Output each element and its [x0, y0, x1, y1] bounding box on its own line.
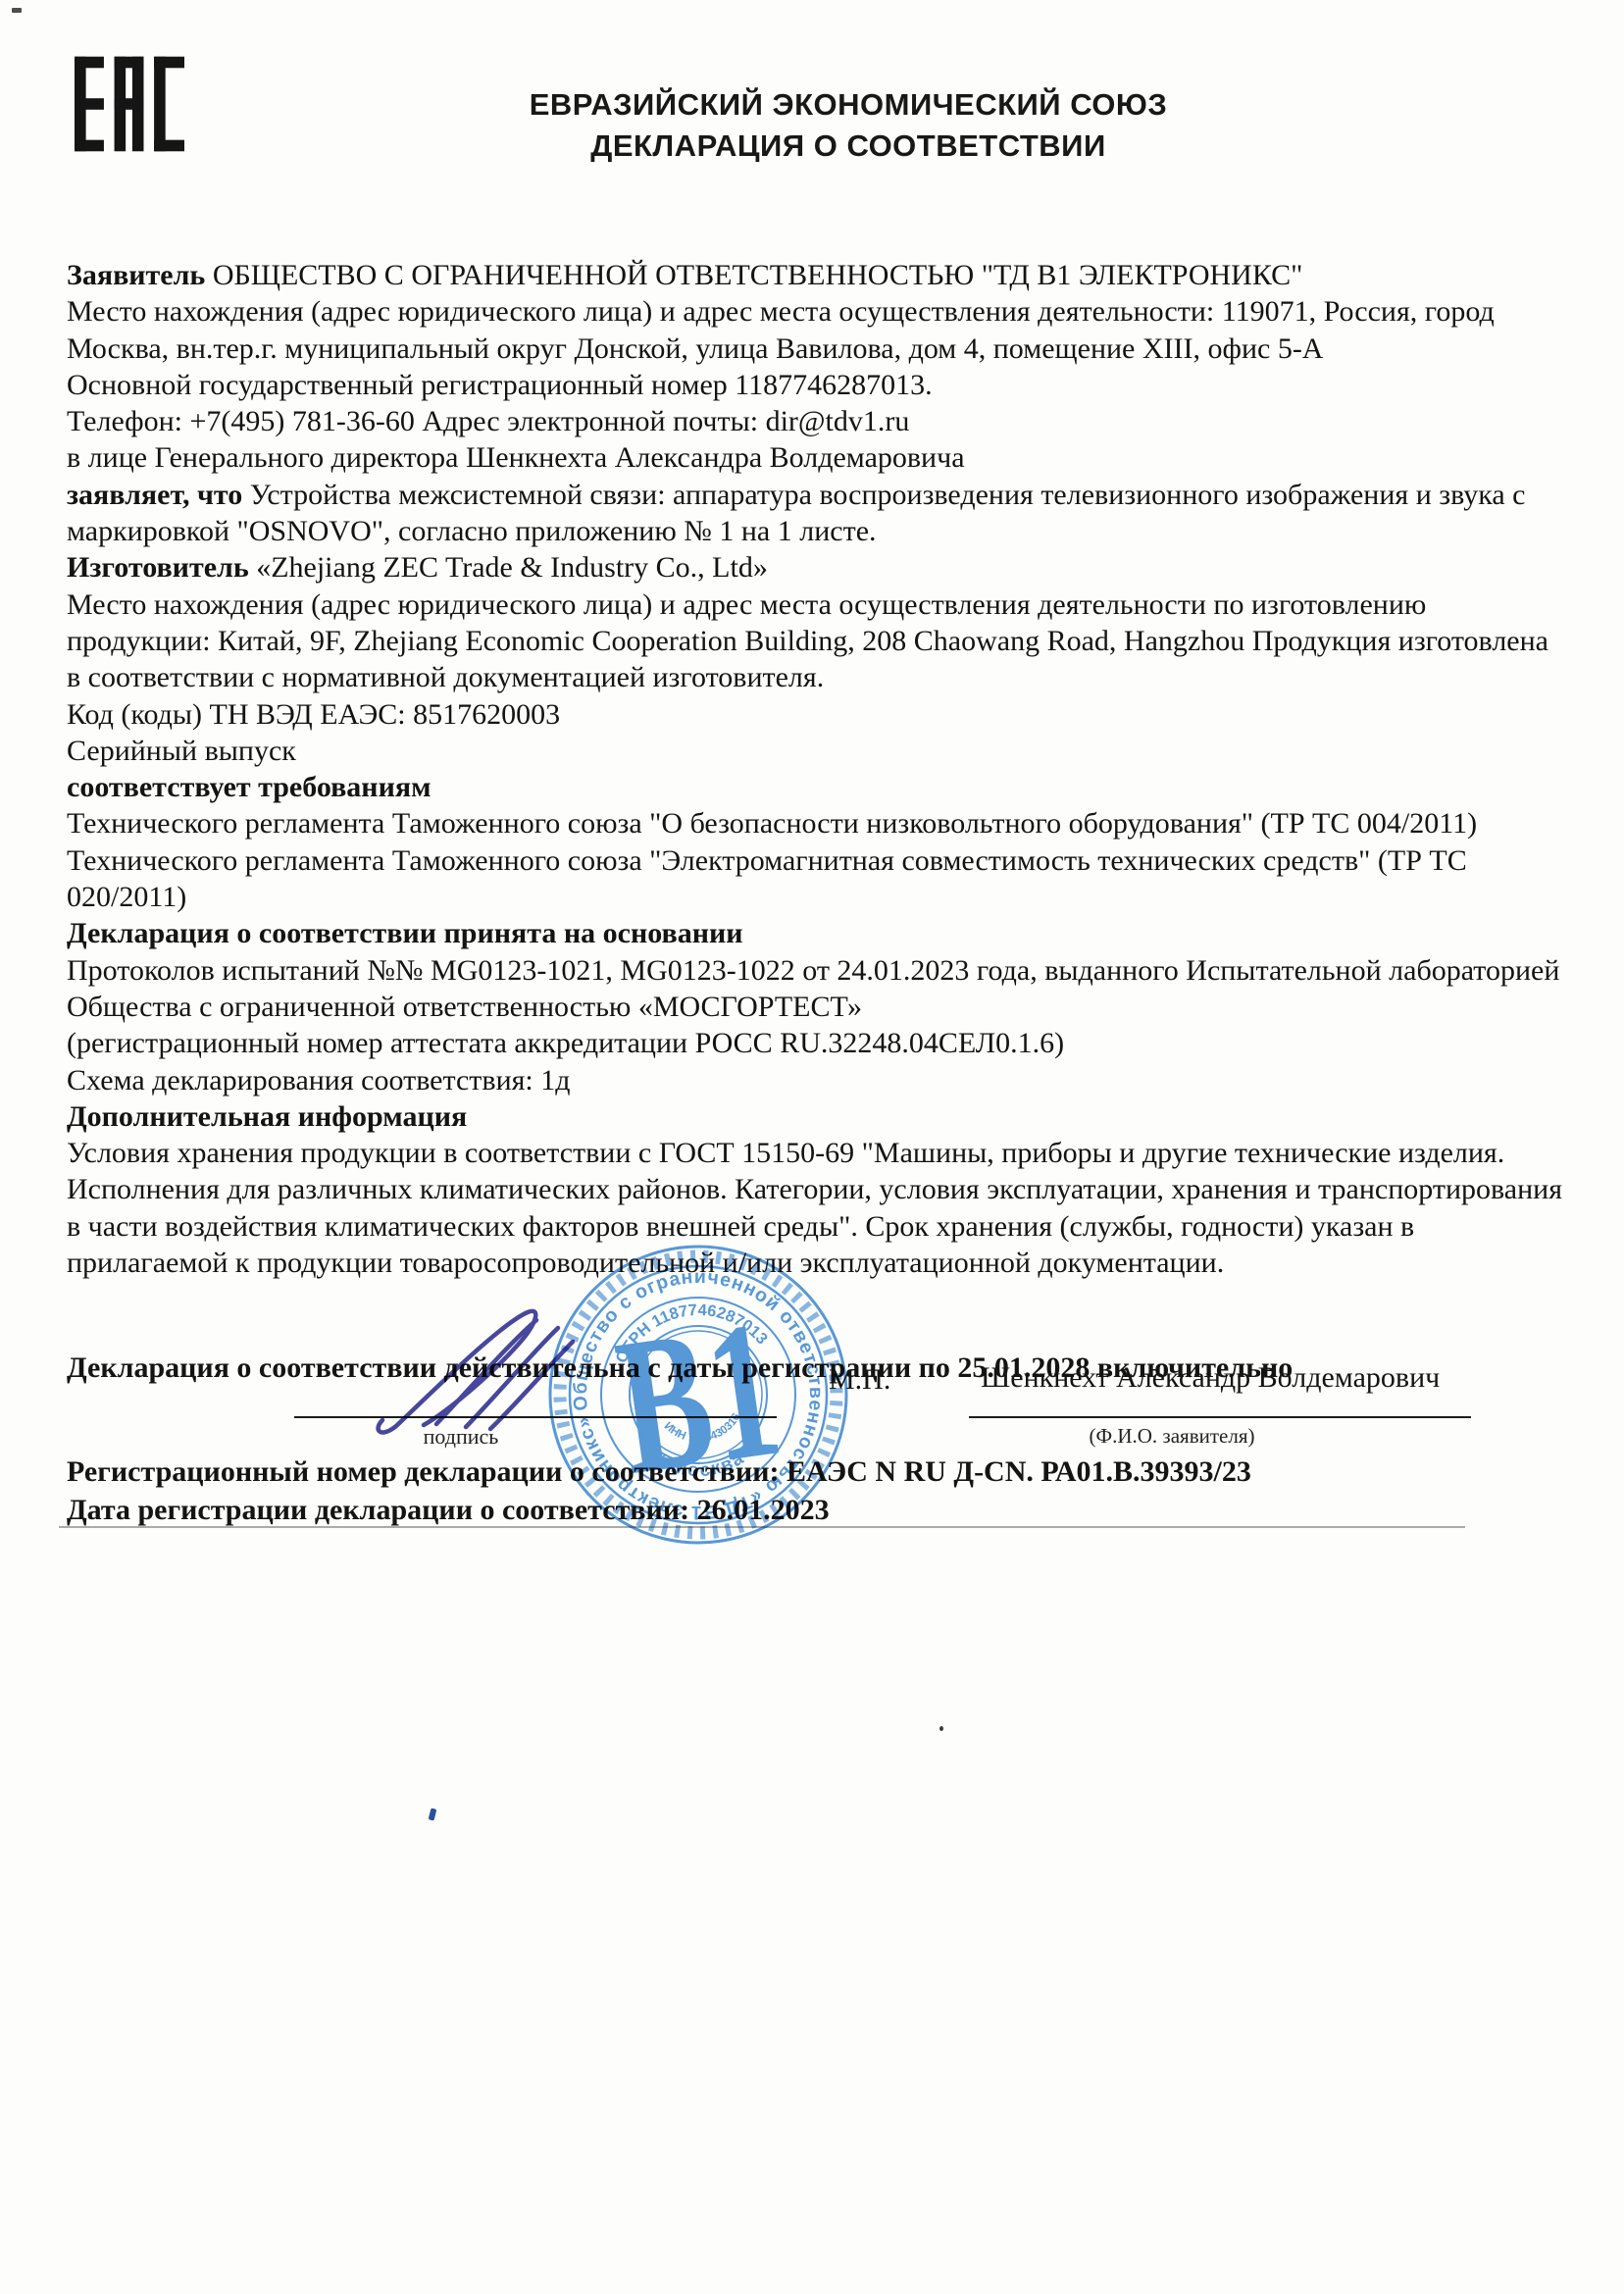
title-line-1: ЕВРАЗИЙСКИЙ ЭКОНОМИЧЕСКИЙ СОЮЗ	[392, 84, 1304, 126]
paragraph: Место нахождения (адрес юридического лиц…	[67, 586, 1563, 696]
document-body: Заявитель ОБЩЕСТВО С ОГРАНИЧЕННОЙ ОТВЕТС…	[67, 257, 1563, 1281]
signatory-name: Шенкнехт Александр Волдемарович	[981, 1361, 1440, 1395]
paragraph: Технического регламента Таможенного союз…	[67, 805, 1563, 841]
name-caption: (Ф.И.О. заявителя)	[1010, 1424, 1334, 1449]
paragraph-bold-lead: заявляет, что	[67, 479, 242, 511]
paragraph: Заявитель ОБЩЕСТВО С ОГРАНИЧЕННОЙ ОТВЕТС…	[67, 257, 1563, 293]
ink-speck	[429, 1808, 437, 1820]
paragraph: (регистрационный номер аттестата аккреди…	[67, 1025, 1563, 1061]
paragraph-bold-lead: Декларация о соответствии принята на осн…	[67, 917, 743, 949]
paragraph: Декларация о соответствии принята на осн…	[67, 915, 1563, 951]
paragraph-bold-lead: Заявитель	[67, 259, 205, 291]
paragraph: Схема декларирования соответствия: 1д	[67, 1062, 1563, 1098]
paragraph: Дополнительная информация	[67, 1098, 1563, 1135]
paragraph: Код (коды) ТН ВЭД ЕАЭС: 8517620003	[67, 696, 1563, 733]
ink-speck	[939, 1726, 943, 1731]
paragraph: Место нахождения (адрес юридического лиц…	[67, 293, 1563, 367]
ink-speck	[12, 8, 22, 13]
paragraph: Изготовитель «Zhejiang ZEC Trade & Indus…	[67, 549, 1563, 586]
paragraph-bold-lead: соответствует требованиям	[67, 771, 431, 803]
title-line-2: ДЕКЛАРАЦИЯ О СООТВЕТСТВИИ	[392, 126, 1304, 167]
paragraph: заявляет, что Устройства межсистемной св…	[67, 477, 1563, 550]
declaration-page: ЕВРАЗИЙСКИЙ ЭКОНОМИЧЕСКИЙ СОЮЗ ДЕКЛАРАЦИ…	[0, 0, 1624, 2294]
company-stamp: Общество с ограниченной ответственностью…	[521, 1217, 875, 1571]
paragraph: Серийный выпуск	[67, 733, 1563, 769]
paragraph: Протоколов испытаний №№ MG0123-1021, MG0…	[67, 952, 1563, 1026]
paragraph: соответствует требованиям	[67, 769, 1563, 805]
paragraph: Телефон: +7(495) 781-36-60 Адрес электро…	[67, 403, 1563, 439]
paragraph: в лице Генерального директора Шенкнехта …	[67, 439, 1563, 476]
document-title: ЕВРАЗИЙСКИЙ ЭКОНОМИЧЕСКИЙ СОЮЗ ДЕКЛАРАЦИ…	[392, 84, 1304, 167]
stamp-center-text: B1	[606, 1280, 791, 1516]
paragraph: Основной государственный регистрационный…	[67, 367, 1563, 403]
name-line	[969, 1416, 1471, 1418]
eac-logo	[75, 55, 184, 153]
paragraph: Технического регламента Таможенного союз…	[67, 842, 1563, 916]
paragraph-bold-lead: Дополнительная информация	[67, 1100, 467, 1133]
eac-logo-glyphs	[75, 55, 184, 153]
paragraph-bold-lead: Изготовитель	[67, 551, 249, 584]
